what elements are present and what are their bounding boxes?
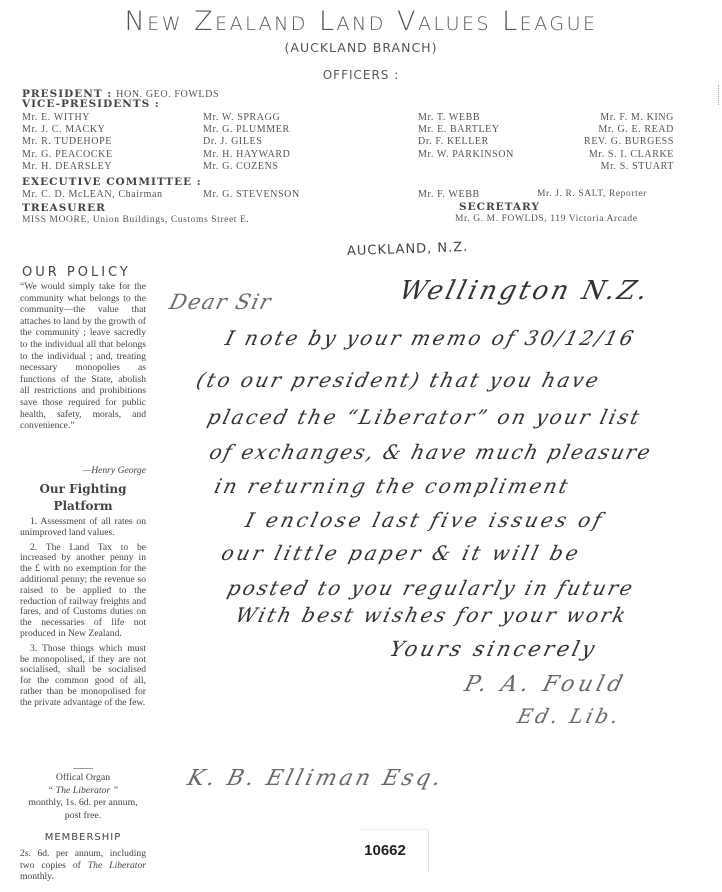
executive-member: Mr. C. D. McLEAN, Chairman [22, 189, 163, 200]
platform-title-line-1: Our Fighting [20, 481, 146, 498]
membership-title: MEMBERSHIP [20, 832, 146, 843]
platform-title-line-2: Platform [20, 498, 146, 515]
letter-signature: P. A. Fould [462, 672, 629, 697]
letter-closing: Yours sincerely [387, 637, 600, 661]
vp-name: Mr. G. PLUMMER [203, 124, 290, 136]
executive-member: Mr. G. STEVENSON [203, 189, 300, 200]
letter-addressee: K. B. Elliman Esq. [185, 766, 447, 791]
secretary-name: Mr. G. M. FOWLDS, 119 Victoria Arcade [455, 214, 638, 224]
policy-title: OUR POLICY [22, 265, 131, 280]
reference-number: 10662 [345, 842, 425, 859]
platform-item: 2. The Land Tax to be increased by anoth… [20, 543, 146, 640]
executive-label: EXECUTIVE COMMITTEE : [22, 176, 202, 188]
official-organ: Offical Organ “ The Liberator ” monthly,… [20, 772, 146, 822]
vp-name: Mr. T. WEBB [418, 112, 514, 124]
organ-label: Offical Organ [20, 772, 146, 785]
vp-name: Mr. H. DEARSLEY [22, 161, 113, 173]
signature-title: Ed. Lib. [515, 704, 624, 728]
policy-text: “We would simply take for the community … [20, 281, 146, 432]
executive-member: Mr. J. R. SALT, Reporter [537, 189, 647, 199]
vp-column-3: Mr. T. WEBB Mr. E. BARTLEY Dr. F. KELLER… [418, 112, 514, 161]
policy-attribution: —Henry George [20, 465, 146, 476]
secretary-label: SECRETARY [459, 201, 540, 213]
letter-salutation: Dear Sir [167, 290, 275, 314]
letter-line: (to our president) that you have [194, 368, 603, 392]
vp-name: Mr. W. PARKINSON [418, 149, 514, 161]
vp-name: Mr. G. E. READ [530, 124, 674, 136]
vp-name: Mr. S. STUART [530, 161, 674, 173]
letter-line: in returning the compliment [212, 474, 573, 498]
letter-line: With best wishes for your work [233, 603, 631, 627]
membership-text-part: monthly. [20, 871, 54, 882]
membership-text: 2s. 6d. per annum, including two copies … [20, 848, 146, 883]
letter-place: Wellington N.Z. [396, 276, 653, 306]
vp-column-2: Mr. W. SPRAGG Mr. G. PLUMMER Dr. J. GILE… [203, 112, 290, 173]
vp-name: Dr. J. GILES [203, 136, 290, 148]
letter-line: our little paper & it will be [219, 541, 584, 565]
vp-name: Mr. W. SPRAGG [203, 112, 290, 124]
vp-name: Dr. F. KELLER [418, 136, 514, 148]
officers-heading: OFFICERS : [0, 68, 722, 82]
platform-item: 1. Assessment of all rates on unimproved… [20, 517, 146, 539]
divider [73, 768, 93, 769]
vp-name: Mr. F. M. KING [530, 112, 674, 124]
vp-name: Mr. R. TUDEHOPE [22, 136, 113, 148]
vp-name: REV. G. BURGESS [530, 136, 674, 148]
vp-column-4: Mr. F. M. KING Mr. G. E. READ REV. G. BU… [530, 112, 674, 173]
vp-name: Mr. G. PEACOCKE [22, 149, 113, 161]
organ-name: “ The Liberator ” [20, 785, 146, 798]
platform-list: 1. Assessment of all rates on unimproved… [20, 517, 146, 713]
letter-line: I note by your memo of 30/12/16 [223, 326, 638, 350]
executive-member: Mr. F. WEBB [418, 189, 480, 200]
vice-presidents-label: VICE-PRESIDENTS : [22, 98, 160, 110]
platform-item: 3. Those things which must be monopolise… [20, 644, 146, 709]
vp-name: Mr. S. I. CLARKE [530, 149, 674, 161]
branch-subtitle: (AUCKLAND BRANCH) [0, 40, 722, 55]
vp-name: Mr. E. BARTLEY [418, 124, 514, 136]
letter-line: placed the “Liberator” on your list [205, 405, 644, 429]
letter-line: I enclose last five issues of [243, 508, 607, 532]
vp-name: Mr. E. WITHY [22, 112, 113, 124]
vp-name: Mr. J. C. MACKY [22, 124, 113, 136]
place-stamp: AUCKLAND, N.Z. [347, 240, 469, 259]
vp-column-1: Mr. E. WITHY Mr. J. C. MACKY Mr. R. TUDE… [22, 112, 113, 173]
platform-title: Our Fighting Platform [20, 481, 146, 515]
treasurer-label: TREASURER [22, 202, 106, 214]
letter-line: posted to you regularly in future [225, 576, 637, 600]
vp-name: Mr. G. COZENS [203, 161, 290, 173]
organ-terms: monthly, 1s. 6d. per annum, post free. [20, 797, 146, 822]
letter-line: of exchanges, & have much pleasure [207, 440, 655, 464]
membership-publication: The Liberator [88, 860, 146, 871]
treasurer-name: MISS MOORE, Union Buildings, Customs Str… [22, 215, 249, 225]
league-title: New Zealand Land Values League [0, 6, 722, 37]
margin-mark [718, 85, 720, 105]
vp-name: Mr. H. HAYWARD [203, 149, 290, 161]
